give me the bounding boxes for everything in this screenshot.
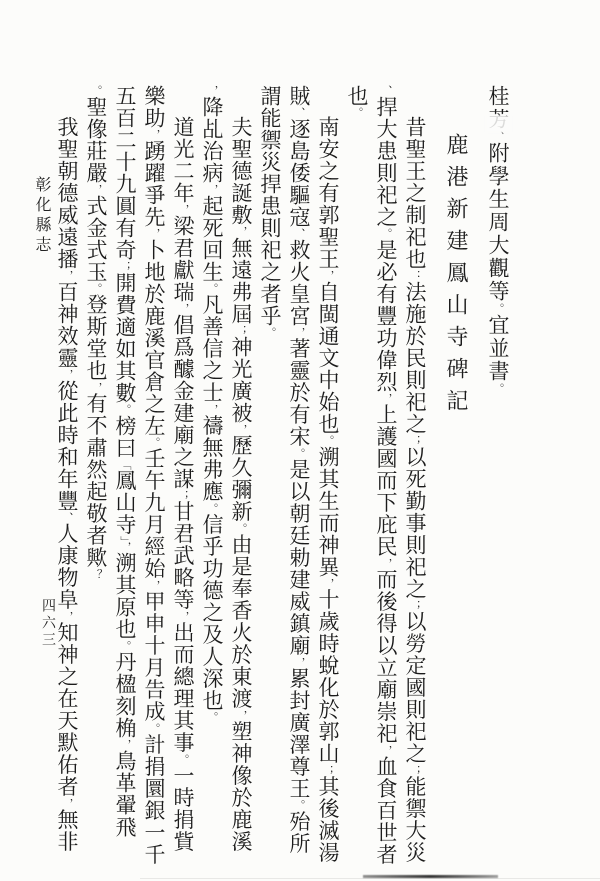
body-column: 也。 <box>342 85 371 881</box>
body-column: 賊、逐島倭驅寇、救火皇宮，著靈於有宋。是以朝廷勅建威鎮廟，累封廣澤尊王。殆所 <box>284 85 313 881</box>
body-column: 夫聖德誕敷，無遠弗屆；神光廣被，歷久彌新。由是奉香火於東渡，塑神像於鹿溪 <box>226 85 255 881</box>
text-block: 桂芳、附學生周大觀等。宜並書。 鹿港新建鳳山寺碑記 昔聖王之制祀也：法施於民則祀… <box>52 85 512 881</box>
print-defect-overlay <box>485 115 512 133</box>
body-column: 樂助，踴躍爭先，卜地於鹿溪官倉之左。壬午九月經始，甲申十月告成。計捐圜銀一千 <box>139 85 168 881</box>
page-number: 四六三 <box>37 598 57 649</box>
body-column: 南安之有郭聖王，自閩通文中始也。溯其生而神異，十歲時蛻化於郭山；其後滅湯 <box>313 85 342 881</box>
body-column: 昔聖王之制祀也：法施於民則祀之；以死勤事則祀之；以勞定國則祀之；能禦大災 <box>400 85 429 881</box>
attribution-column: 桂芳、附學生周大觀等。宜並書。 <box>483 85 512 881</box>
body-column: ，降乩治病，起死回生。凡善信之士，禱無弗應。信乎功德之及人深也。 <box>197 85 226 881</box>
body-column: 道光二年，梁君獻瑞，倡爲醵金建廟之謀；甘君武略等，出而總理其事。一時捐貲 <box>168 85 197 881</box>
scanned-page: { "page": { "book_title": "彰化縣志", "page_… <box>0 0 600 881</box>
body-column: 謂能禦災捍患則祀之者乎。 <box>255 85 284 881</box>
body-column: 。聖像莊嚴，式金式玉。登斯堂也，有不肅然起敬者歟？ <box>81 85 110 881</box>
body-column: 、捍大患則祀之。是必有豐功偉烈，上護國而下庇民，而後得以立廟崇祀，血食百世者 <box>371 85 400 881</box>
book-spine-title: 彰化縣志 <box>30 176 53 256</box>
article-title: 鹿港新建鳳山寺碑記 <box>441 85 471 881</box>
scan-artifact-hairline <box>140 878 600 879</box>
body-column: 我聖朝德威遠播，百神效靈，從此時和年豐、人康物阜，知神之在天默佑者，無非 <box>52 85 81 881</box>
body-column: 五百二十九圓有奇；開費適如其數。榜曰「鳳山寺」，溯其原也。丹楹刻桷，鳥革翬飛 <box>110 85 139 881</box>
